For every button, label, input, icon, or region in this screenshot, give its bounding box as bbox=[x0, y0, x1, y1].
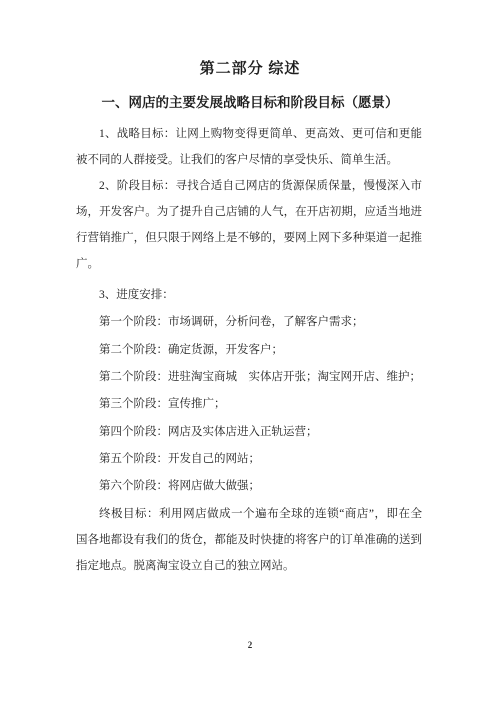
paragraph: 2、阶段目标：寻找合适自己网店的货源保质保量，慢慢深入市场，开发客户。为了提升自… bbox=[76, 173, 422, 277]
paragraph: 第三个阶段：宣传推广； bbox=[76, 391, 422, 417]
part-title: 第二部分 综述 bbox=[0, 59, 500, 79]
text-line: 第一个阶段：市场调研，分析问卷，了解客户需求； bbox=[76, 309, 422, 335]
text-line: 行营销推广，但只限于网络上是不够的，要网上网下多种渠道一起推 bbox=[76, 225, 422, 251]
paragraph: 第六个阶段：将网店做大做强； bbox=[76, 473, 422, 499]
document-page: 第二部分 综述 一、网店的主要发展战略目标和阶段目标（愿景） 1、战略目标：让网… bbox=[0, 0, 500, 707]
page-number: 2 bbox=[0, 640, 500, 650]
text-line: 第二个阶段：确定货源，开发客户； bbox=[76, 337, 422, 363]
paragraph: 1、战略目标：让网上购物变得更简单、更高效、更可信和更能被不同的人群接受。让我们… bbox=[76, 121, 422, 173]
text-line: 1、战略目标：让网上购物变得更简单、更高效、更可信和更能 bbox=[76, 121, 422, 147]
paragraph: 3、进度安排： bbox=[76, 282, 422, 308]
text-line: 第二个阶段：进驻淘宝商城 实体店开张；淘宝网开店、维护； bbox=[76, 364, 422, 390]
text-line: 场，开发客户。为了提升自己店铺的人气，在开店初期，应适当地进 bbox=[76, 199, 422, 225]
paragraph: 终极目标：利用网店做成一个遍布全球的连锁“商店”，即在全国各地都设有我们的货仓，… bbox=[76, 501, 422, 579]
section-heading: 一、网店的主要发展战略目标和阶段目标（愿景） bbox=[0, 93, 500, 112]
text-line: 被不同的人群接受。让我们的客户尽情的享受快乐、简单生活。 bbox=[76, 147, 422, 173]
paragraph: 第二个阶段：进驻淘宝商城 实体店开张；淘宝网开店、维护； bbox=[76, 364, 422, 390]
text-line: 第五个阶段：开发自己的网站； bbox=[76, 446, 422, 472]
text-line: 3、进度安排： bbox=[76, 282, 422, 308]
text-line: 终极目标：利用网店做成一个遍布全球的连锁“商店”，即在全 bbox=[76, 501, 422, 527]
paragraph: 第二个阶段：确定货源，开发客户； bbox=[76, 337, 422, 363]
text-line: 第六个阶段：将网店做大做强； bbox=[76, 473, 422, 499]
paragraph: 第四个阶段：网店及实体店进入正轨运营； bbox=[76, 419, 422, 445]
text-line: 指定地点。脱离淘宝设立自己的独立网站。 bbox=[76, 553, 422, 579]
text-line: 国各地都设有我们的货仓，都能及时快捷的将客户的订单准确的送到 bbox=[76, 527, 422, 553]
text-line: 第四个阶段：网店及实体店进入正轨运营； bbox=[76, 419, 422, 445]
document-body: 1、战略目标：让网上购物变得更简单、更高效、更可信和更能被不同的人群接受。让我们… bbox=[76, 121, 422, 579]
paragraph: 第五个阶段：开发自己的网站； bbox=[76, 446, 422, 472]
text-line: 广。 bbox=[76, 251, 422, 277]
text-line: 第三个阶段：宣传推广； bbox=[76, 391, 422, 417]
text-line: 2、阶段目标：寻找合适自己网店的货源保质保量，慢慢深入市 bbox=[76, 173, 422, 199]
paragraph: 第一个阶段：市场调研，分析问卷，了解客户需求； bbox=[76, 309, 422, 335]
